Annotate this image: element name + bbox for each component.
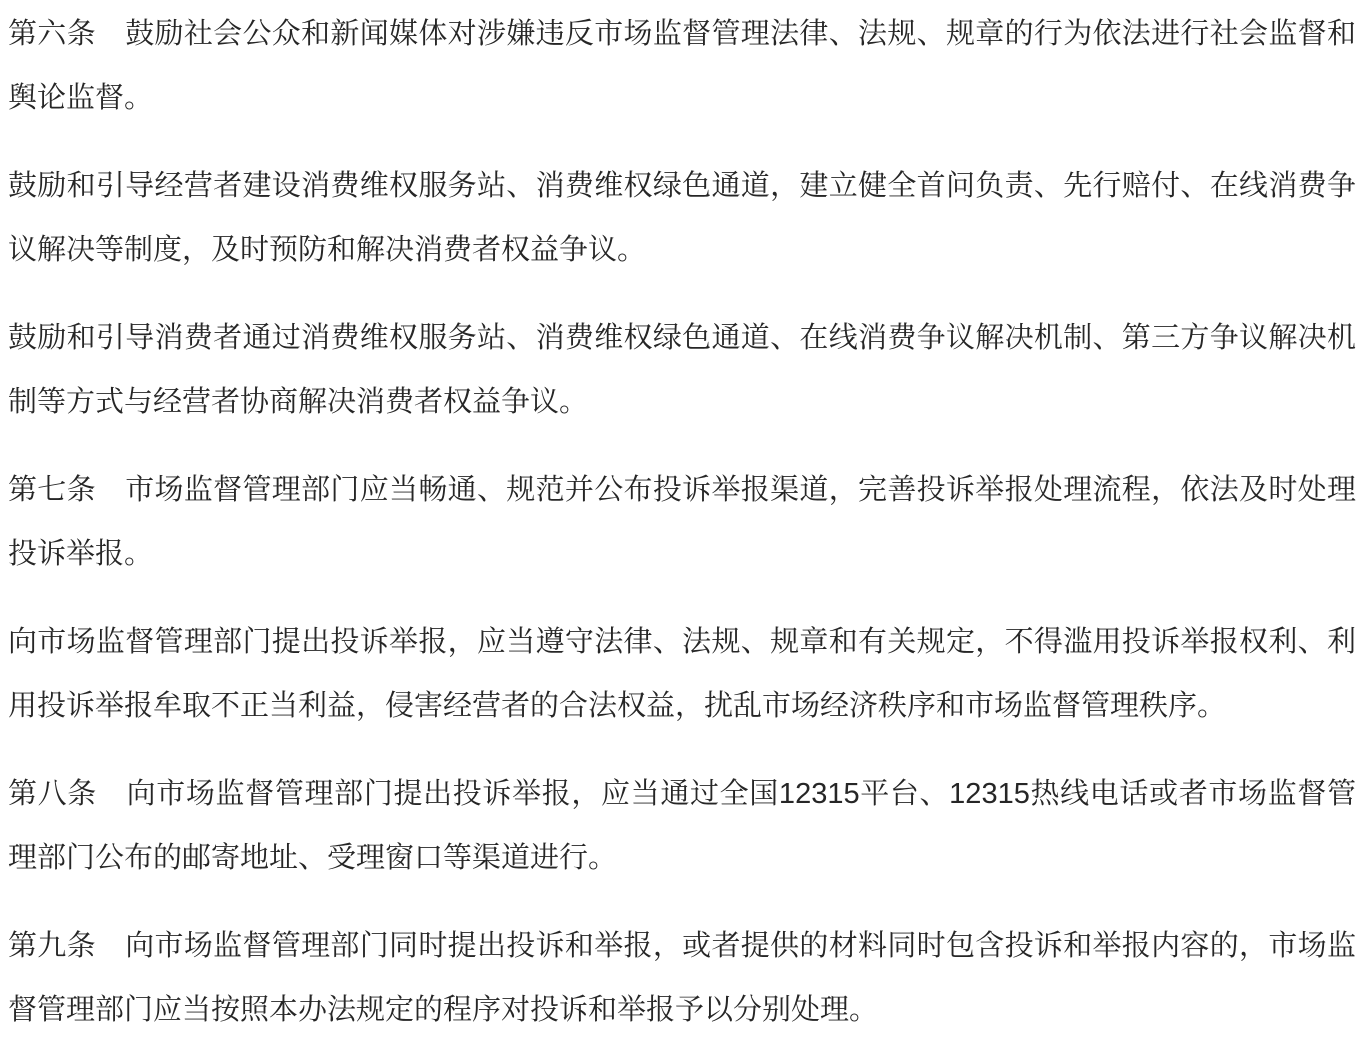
paragraph-article-9: 第九条 向市场监督管理部门同时提出投诉和举报，或者提供的材料同时包含投诉和举报内… <box>8 914 1356 1042</box>
paragraph-article-6: 第六条 鼓励社会公众和新闻媒体对涉嫌违反市场监督管理法律、法规、规章的行为依法进… <box>8 2 1356 130</box>
regulation-article-body: 第六条 鼓励社会公众和新闻媒体对涉嫌违反市场监督管理法律、法规、规章的行为依法进… <box>0 0 1364 1042</box>
paragraph-article-6-cont-1: 鼓励和引导经营者建设消费维权服务站、消费维权绿色通道，建立健全首问负责、先行赔付… <box>8 154 1356 282</box>
paragraph-article-6-cont-2: 鼓励和引导消费者通过消费维权服务站、消费维权绿色通道、在线消费争议解决机制、第三… <box>8 306 1356 434</box>
paragraph-article-7-cont-1: 向市场监督管理部门提出投诉举报，应当遵守法律、法规、规章和有关规定，不得滥用投诉… <box>8 610 1356 738</box>
paragraph-article-7: 第七条 市场监督管理部门应当畅通、规范并公布投诉举报渠道，完善投诉举报处理流程，… <box>8 458 1356 586</box>
paragraph-article-8: 第八条 向市场监督管理部门提出投诉举报，应当通过全国12315平台、12315热… <box>8 762 1356 890</box>
